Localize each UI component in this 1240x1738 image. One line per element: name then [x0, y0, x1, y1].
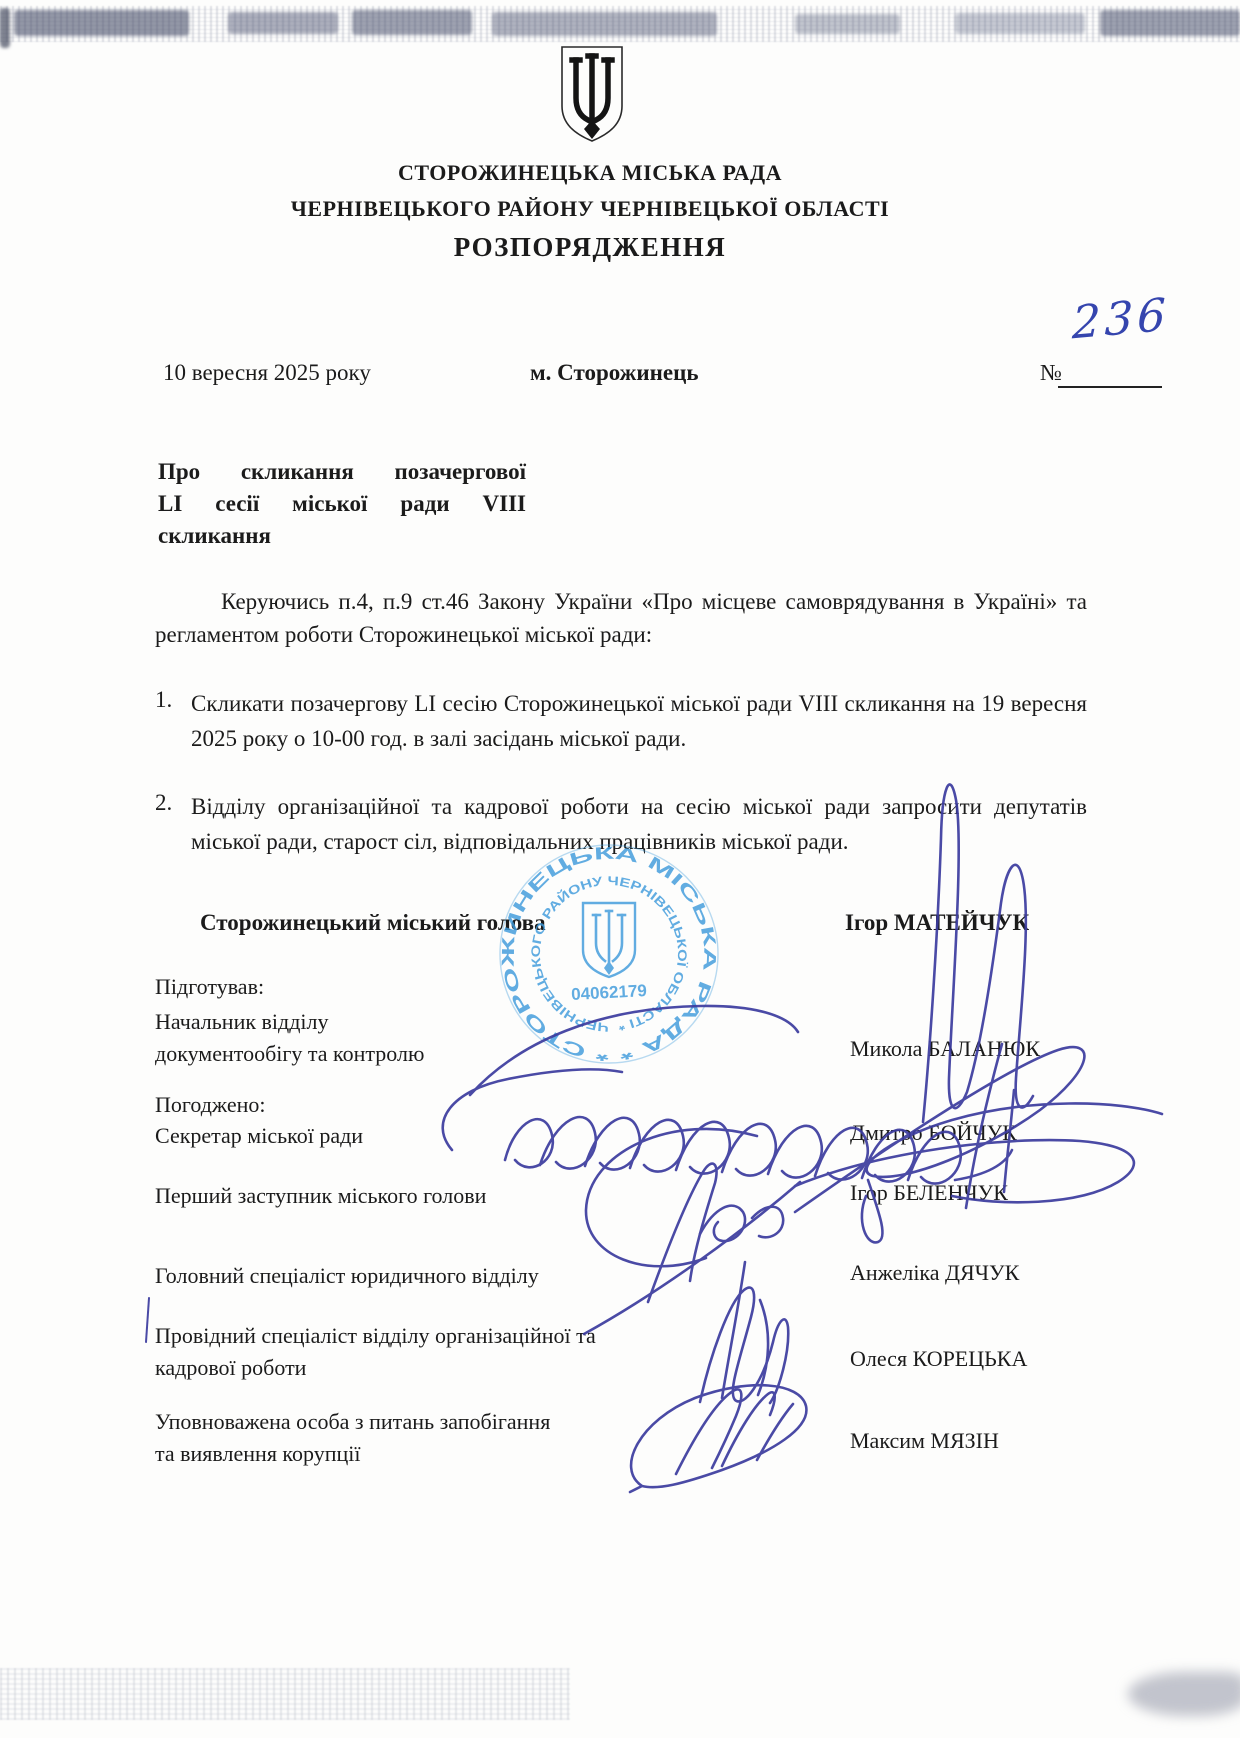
- preamble-paragraph: Керуючись п.4, п.9 ст.46 Закону України …: [155, 585, 1087, 651]
- list-marker: 2.: [155, 790, 172, 816]
- scan-noise-blob: [0, 8, 10, 48]
- scan-smudge: [1128, 1672, 1240, 1716]
- signature-belenchuk: [584, 1129, 1134, 1334]
- mayor-name: Ігор МАТЕЙЧУК: [845, 910, 1029, 936]
- stamp-edrpou-code: 04062179: [571, 981, 648, 1004]
- stamp-outer-ring-text: * СТОРОЖИНЕЦЬКА МІСЬКА РАДА *: [498, 843, 721, 1066]
- list-marker: 1.: [155, 687, 172, 713]
- scan-noise-top: [0, 6, 1240, 42]
- signer-name: Олеся КОРЕЦЬКА: [850, 1346, 1027, 1372]
- signer-role: Головний спеціаліст юридичного відділу: [155, 1260, 539, 1292]
- scan-noise-blob: [352, 10, 472, 35]
- scan-noise-blob: [955, 13, 1085, 34]
- list-item-text: Відділу організаційної та кадрової робот…: [191, 790, 1087, 859]
- signer-role: Уповноважена особа з питань запобігання: [155, 1406, 550, 1438]
- prepared-label: Підготував:: [155, 974, 264, 1000]
- signer-name: Максим МЯЗІН: [850, 1428, 999, 1454]
- district-name: ЧЕРНІВЕЦЬКОГО РАЙОНУ ЧЕРНІВЕЦЬКОЇ ОБЛАСТ…: [0, 196, 1180, 222]
- ukraine-trident-emblem: [552, 42, 632, 146]
- signer-role: Секретар міської ради: [155, 1120, 363, 1152]
- prepared-name: Микола БАЛАНЮК: [850, 1036, 1040, 1062]
- subject-line-2: LI сесії міської ради VIII: [158, 488, 526, 520]
- signer-role-line2: та виявлення корупції: [155, 1438, 361, 1470]
- scan-noise-blob: [492, 12, 717, 36]
- scan-noise-blob: [795, 14, 900, 34]
- document-date: 10 вересня 2025 року: [163, 360, 371, 386]
- signature-dyachuk-koretska: [700, 1262, 788, 1403]
- scan-noise-blob: [1100, 10, 1240, 36]
- prepared-role-line1: Начальник відділу: [155, 1006, 329, 1038]
- prepared-role-line2: документообігу та контролю: [155, 1038, 424, 1070]
- council-name: СТОРОЖИНЕЦЬКА МІСЬКА РАДА: [0, 160, 1180, 186]
- round-stamp: * СТОРОЖИНЕЦЬКА МІСЬКА РАДА * ЧЕРНІВЕЦЬК…: [498, 843, 721, 1066]
- signature-myazin: [630, 1385, 806, 1492]
- document-type-title: РОЗПОРЯДЖЕННЯ: [0, 232, 1180, 263]
- scan-noise-blob: [14, 10, 189, 36]
- signer-role: Перший заступник міського голови: [155, 1180, 486, 1212]
- document-place: м. Сторожинець: [530, 360, 699, 386]
- handwritten-number: 236: [1072, 292, 1170, 346]
- list-item-2: 2. Відділу організаційної та кадрової ро…: [155, 790, 1087, 859]
- list-item-1: 1. Скликати позачергову LI сесію Сторожи…: [155, 687, 1087, 756]
- signer-role-line2: кадрової роботи: [155, 1352, 306, 1384]
- signer-name: Дмитро БОЙЧУК: [850, 1120, 1017, 1146]
- document-page: СТОРОЖИНЕЦЬКА МІСЬКА РАДА ЧЕРНІВЕЦЬКОГО …: [0, 0, 1240, 1738]
- scan-noise-bottom: [0, 1668, 570, 1720]
- list-item-text: Скликати позачергову LI сесію Сторожинец…: [191, 687, 1087, 756]
- subject-line-3: скликання: [158, 520, 526, 552]
- signer-name: Ігор БЕЛЕНЧУК: [850, 1180, 1008, 1206]
- signer-name: Анжеліка ДЯЧУК: [850, 1260, 1019, 1286]
- subject-line-1: Про скликання позачергової: [158, 456, 526, 488]
- number-sign: №: [1040, 360, 1062, 386]
- stamp-trident-shield: [583, 903, 635, 977]
- number-underline: [1058, 386, 1162, 388]
- signer-role: Провідний спеціаліст відділу організацій…: [155, 1320, 596, 1352]
- pen-tick-mark: [146, 1298, 149, 1342]
- scan-noise-blob: [228, 12, 338, 34]
- mayor-title: Сторожинецький міський голова: [200, 910, 546, 936]
- agreed-label: Погоджено:: [155, 1092, 265, 1118]
- stamp-inner-ring-text: ЧЕРНІВЕЦЬКОГО РАЙОНУ ЧЕРНІВЕЦЬКОЇ ОБЛАСТ…: [529, 874, 690, 1034]
